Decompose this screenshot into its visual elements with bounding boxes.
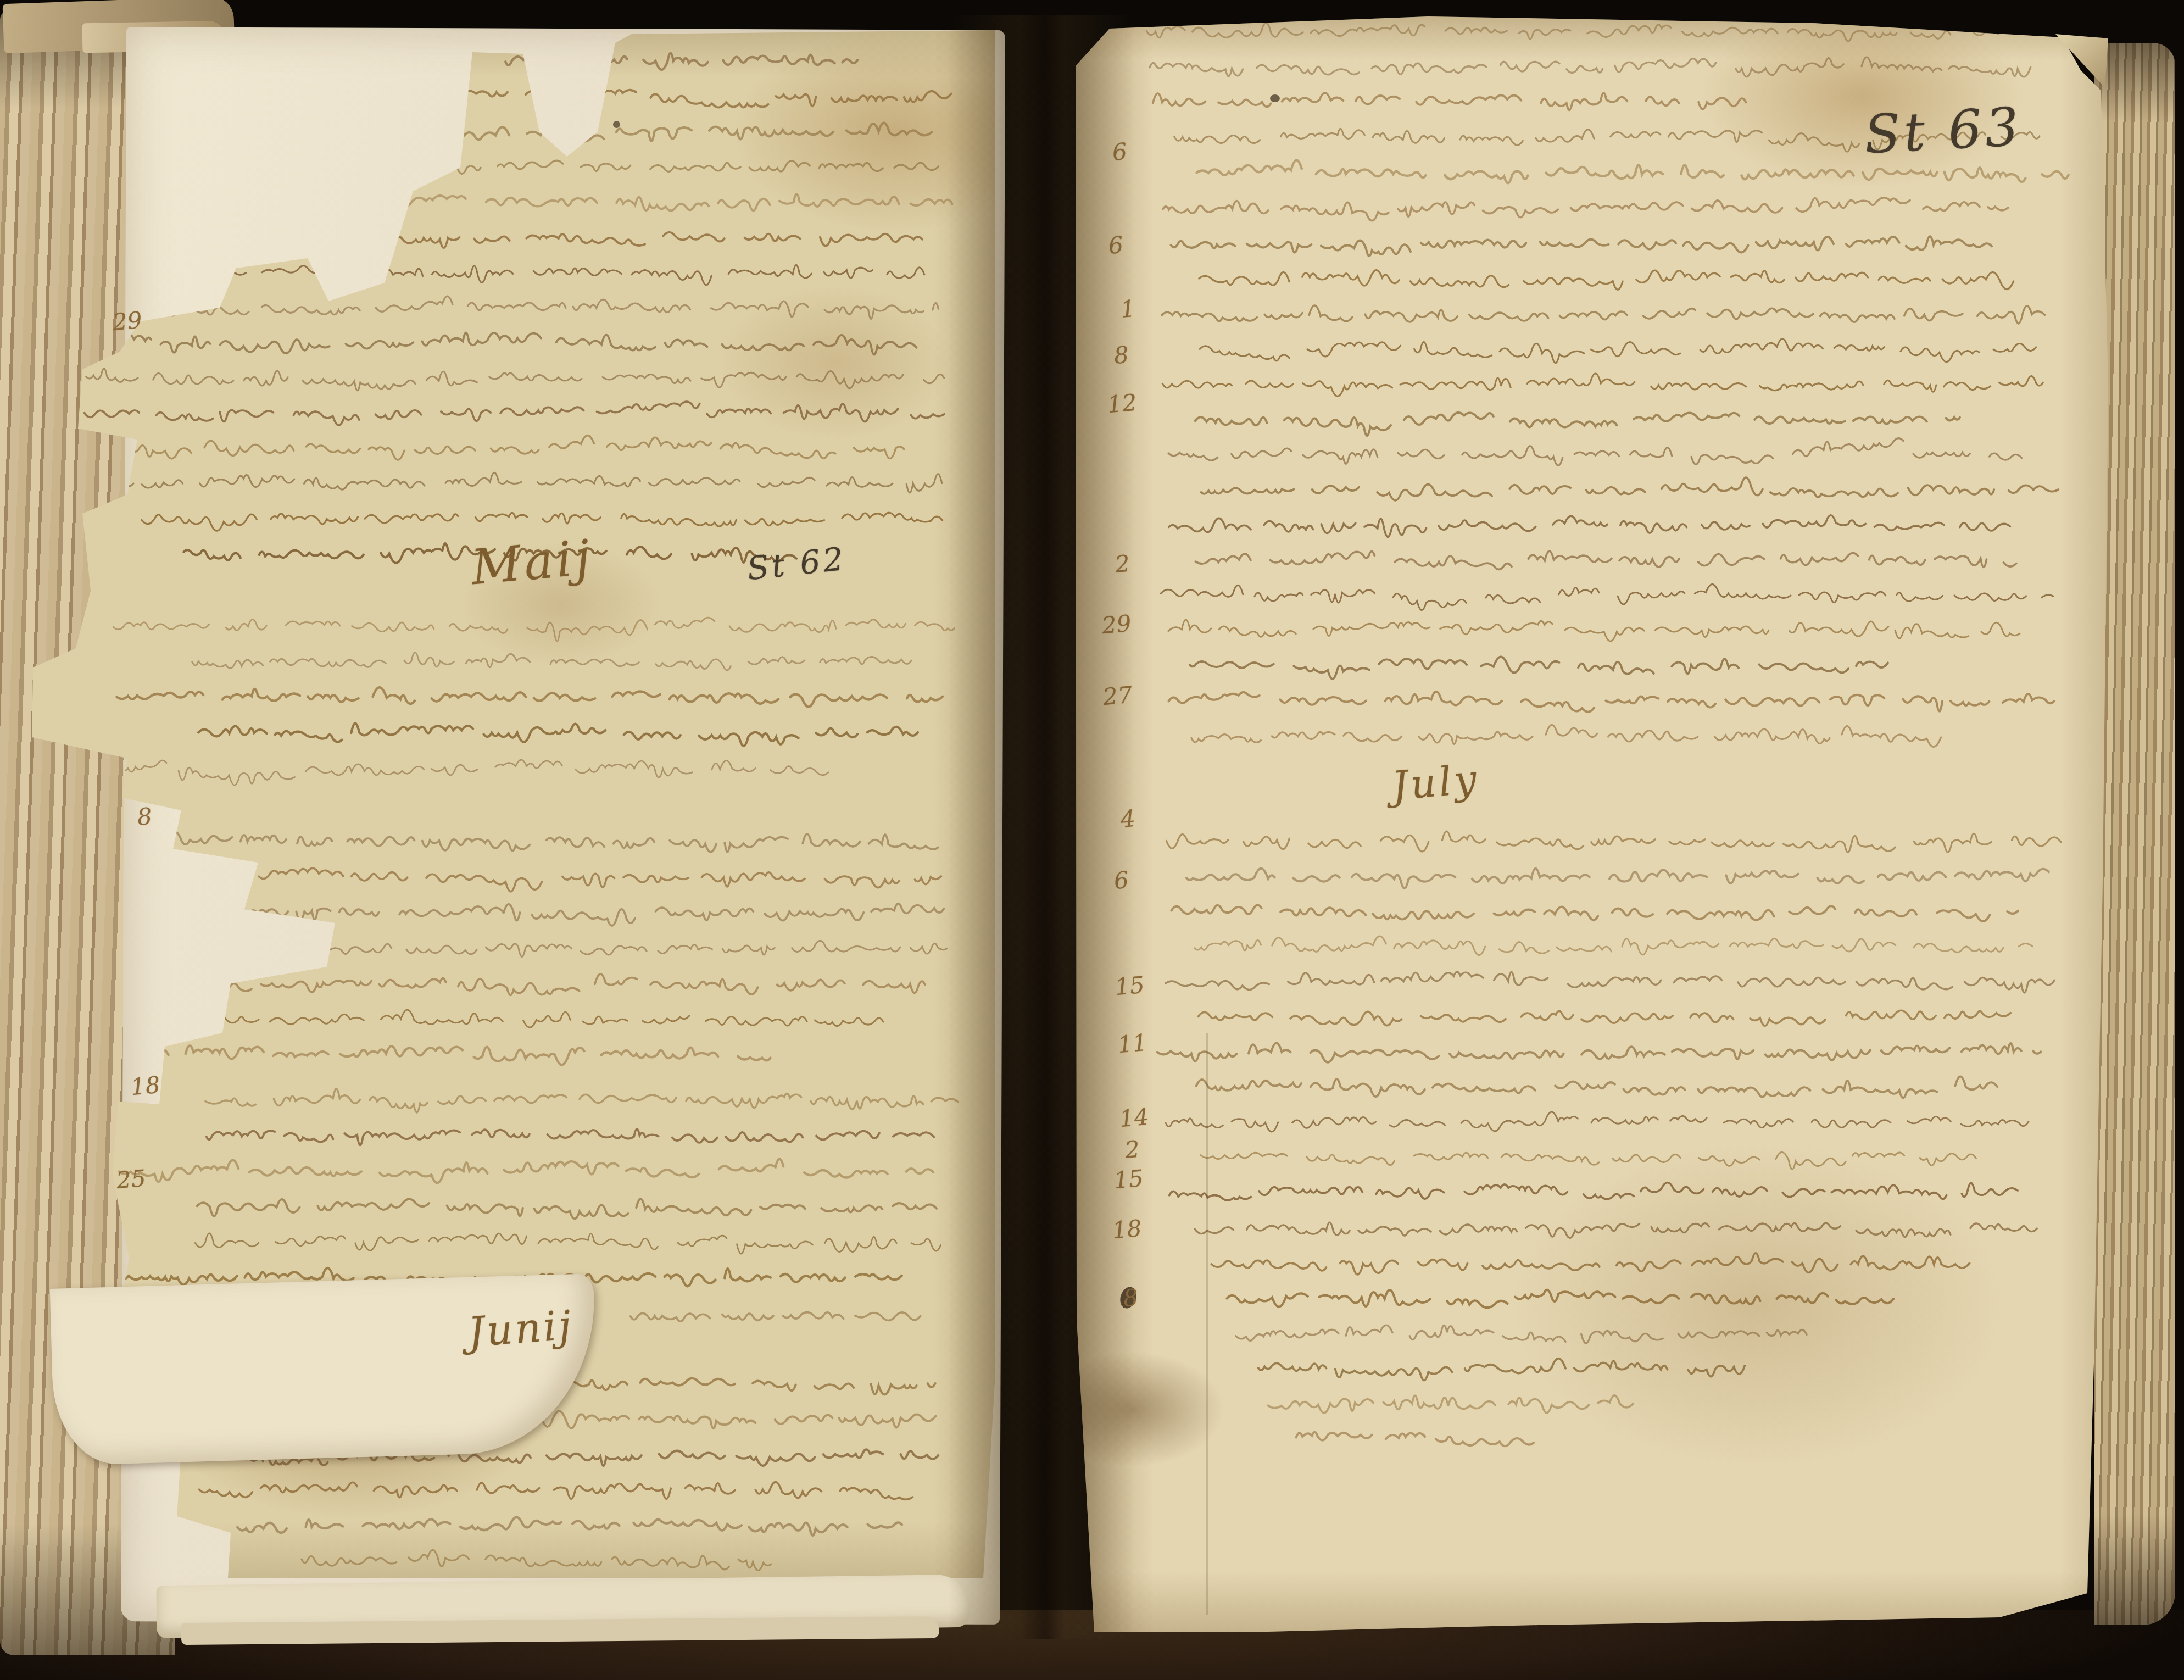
month-heading-may: Maij <box>469 529 595 596</box>
margin-day-number: 14 <box>1118 1103 1150 1132</box>
month-heading-july: July <box>1390 755 1481 809</box>
ink-blot <box>613 121 620 128</box>
handwriting-lines-right <box>1071 14 2115 1632</box>
margin-day-number: 27 <box>1102 681 1134 710</box>
margin-day-number: 12 <box>1106 389 1138 418</box>
paper-crease <box>1206 1033 1208 1615</box>
margin-day-number: 8 <box>1122 1284 1139 1312</box>
margin-day-number: 25 <box>115 1165 147 1194</box>
right-page-edge-stack <box>2094 43 2175 1625</box>
margin-day-number: 11 <box>1117 1029 1149 1058</box>
margin-day-number: 15 <box>1114 971 1146 1000</box>
margin-day-number: 6 <box>1113 866 1130 894</box>
margin-day-number: 29 <box>112 307 143 336</box>
margin-day-number: 29 <box>1101 610 1133 639</box>
margin-day-number: 1 <box>1119 295 1136 323</box>
folio-number-right: St 63 <box>1863 96 2023 166</box>
manuscript-book-scan: Maij St 62 Junij July St 63 298182566181… <box>0 0 2184 1680</box>
margin-day-number: 2 <box>1124 1136 1141 1164</box>
margin-day-number: 18 <box>130 1071 161 1100</box>
margin-day-number: 15 <box>1113 1165 1145 1194</box>
curled-backing-corner <box>50 1273 599 1466</box>
margin-day-number: 6 <box>1111 138 1128 166</box>
margin-day-number: 8 <box>1113 341 1130 369</box>
margin-day-number: 8 <box>136 803 153 831</box>
margin-day-number: 6 <box>1107 231 1124 259</box>
margin-day-number: 18 <box>1111 1215 1143 1244</box>
right-manuscript-page <box>1071 14 2115 1632</box>
month-heading-june: Junij <box>466 1301 575 1356</box>
margin-day-number: 2 <box>1114 550 1131 578</box>
ink-blot <box>1270 94 1280 102</box>
margin-day-number: 4 <box>1119 805 1136 833</box>
